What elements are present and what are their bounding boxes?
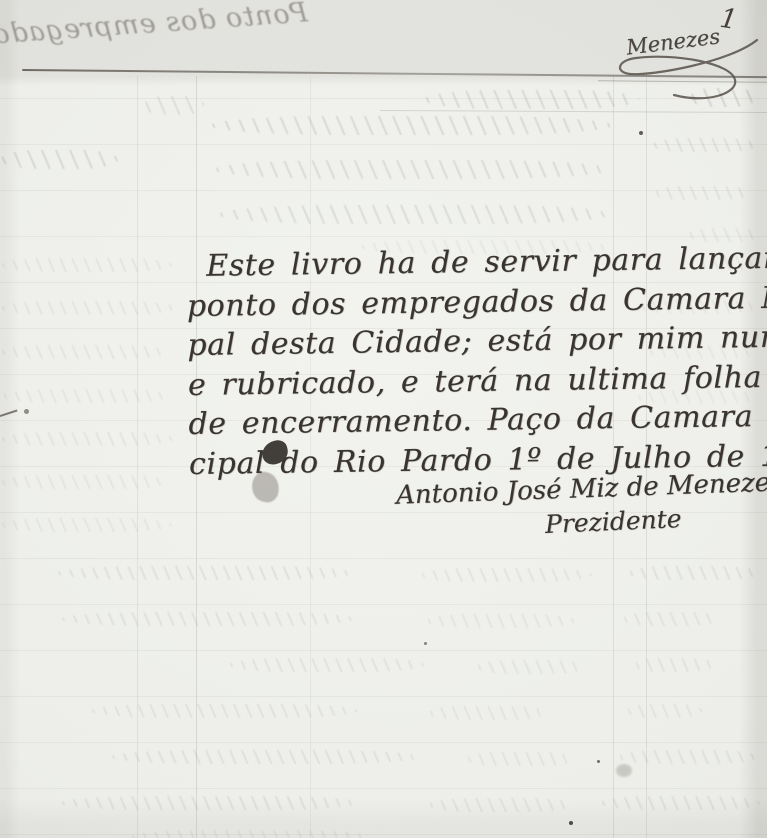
manuscript-page: Ponto dos empregados 1 Menezes Este livr…	[0, 0, 767, 838]
margin-mark	[0, 409, 20, 425]
margin-mark	[24, 409, 29, 414]
bleedthrough-row	[56, 566, 356, 580]
bleedthrough-row	[130, 830, 370, 838]
bleedthrough-row	[628, 566, 760, 580]
ink-speck	[569, 821, 573, 825]
bleedthrough-row	[652, 138, 756, 152]
ledger-column-line	[137, 76, 138, 838]
bleedthrough-row	[466, 752, 576, 766]
bleedthrough-row	[428, 798, 574, 812]
bleedthrough-row	[0, 345, 170, 359]
bleedthrough-row	[634, 658, 714, 672]
ledger-header-line	[380, 110, 767, 113]
bleedthrough-row	[0, 432, 174, 446]
bleedthrough-row	[60, 612, 356, 626]
bleedthrough-row	[144, 96, 204, 115]
bleedthrough-title: Ponto dos empregados	[1, 0, 308, 50]
folio-number: 1	[718, 3, 740, 36]
bleedthrough-row	[428, 706, 546, 720]
bleedthrough-row	[60, 796, 360, 810]
bleedthrough-row	[228, 658, 424, 672]
bleedthrough-row	[2, 389, 170, 403]
bleedthrough-row	[476, 660, 586, 674]
signature-role: Prezidente	[544, 504, 682, 539]
bleedthrough-row	[618, 750, 758, 764]
bleedthrough-row	[110, 750, 420, 764]
bleedthrough-row	[210, 116, 612, 135]
bleedthrough-row	[0, 150, 118, 169]
ink-speck	[424, 642, 427, 645]
bleedthrough-row	[654, 186, 752, 200]
bleedthrough-row	[622, 612, 718, 626]
bleedthrough-row	[600, 796, 760, 810]
ink-speck	[639, 131, 643, 135]
bleedthrough-row	[218, 205, 610, 224]
bleedthrough-row	[424, 90, 639, 109]
paper-smudge	[616, 764, 632, 777]
bleedthrough-row	[0, 258, 172, 272]
bleedthrough-row	[0, 301, 176, 315]
bleedthrough-row	[0, 518, 172, 532]
bleedthrough-row	[0, 475, 170, 489]
bleedthrough-row	[214, 160, 610, 179]
bleedthrough-row	[90, 704, 358, 718]
bleedthrough-row	[420, 568, 592, 582]
bleedthrough-row	[426, 614, 576, 628]
bleedthrough-row	[626, 704, 702, 718]
ink-speck	[597, 760, 600, 763]
rubric-flourish	[612, 36, 762, 108]
